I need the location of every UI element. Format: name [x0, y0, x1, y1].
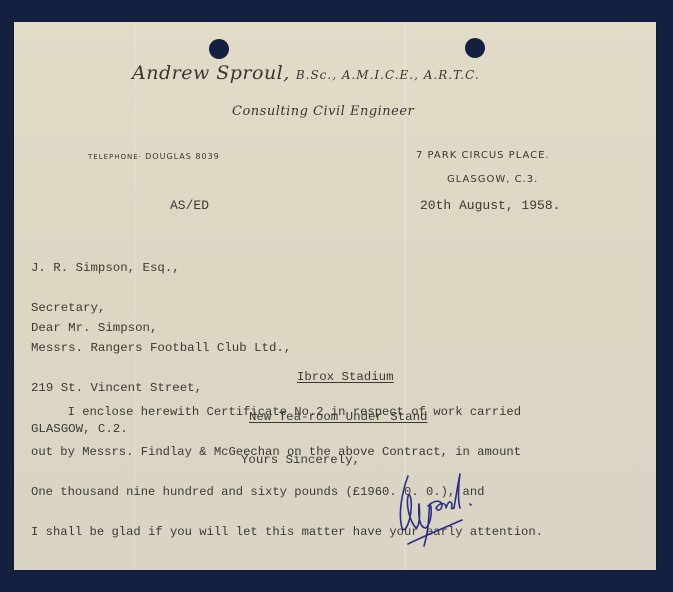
telephone-label: TELEPHONE· — [88, 153, 142, 161]
punch-hole-right — [465, 38, 485, 58]
letterhead-address-line2: GLASGOW, C.3. — [447, 174, 538, 185]
recipient-line: Secretary, — [31, 302, 291, 315]
punch-hole-left — [209, 39, 229, 59]
recipient-line: J. R. Simpson, Esq., — [31, 262, 291, 275]
letter-date: 20th August, 1958. — [420, 199, 560, 212]
signature-icon — [394, 462, 494, 552]
letter-paper: Andrew Sproul,B.Sc., A.M.I.C.E., A.R.T.C… — [14, 22, 656, 570]
letterhead-telephone: TELEPHONE· DOUGLAS 8039 — [88, 152, 220, 161]
sender-name: Andrew Sproul, — [132, 62, 290, 84]
salutation: Dear Mr. Simpson, — [31, 322, 157, 335]
reference-code: AS/ED — [170, 199, 209, 212]
sender-qualifications: B.Sc., A.M.I.C.E., A.R.T.C. — [296, 68, 480, 82]
complimentary-close: Yours Sincerely, — [241, 454, 360, 467]
letterhead-address-line1: 7 PARK CIRCUS PLACE. — [416, 150, 550, 161]
telephone-number: DOUGLAS 8039 — [145, 152, 220, 161]
letterhead-name: Andrew Sproul,B.Sc., A.M.I.C.E., A.R.T.C… — [132, 62, 480, 84]
letterhead-profession: Consulting Civil Engineer — [232, 104, 414, 119]
body-line: I enclose herewith Certificate No.2 in r… — [31, 406, 543, 419]
